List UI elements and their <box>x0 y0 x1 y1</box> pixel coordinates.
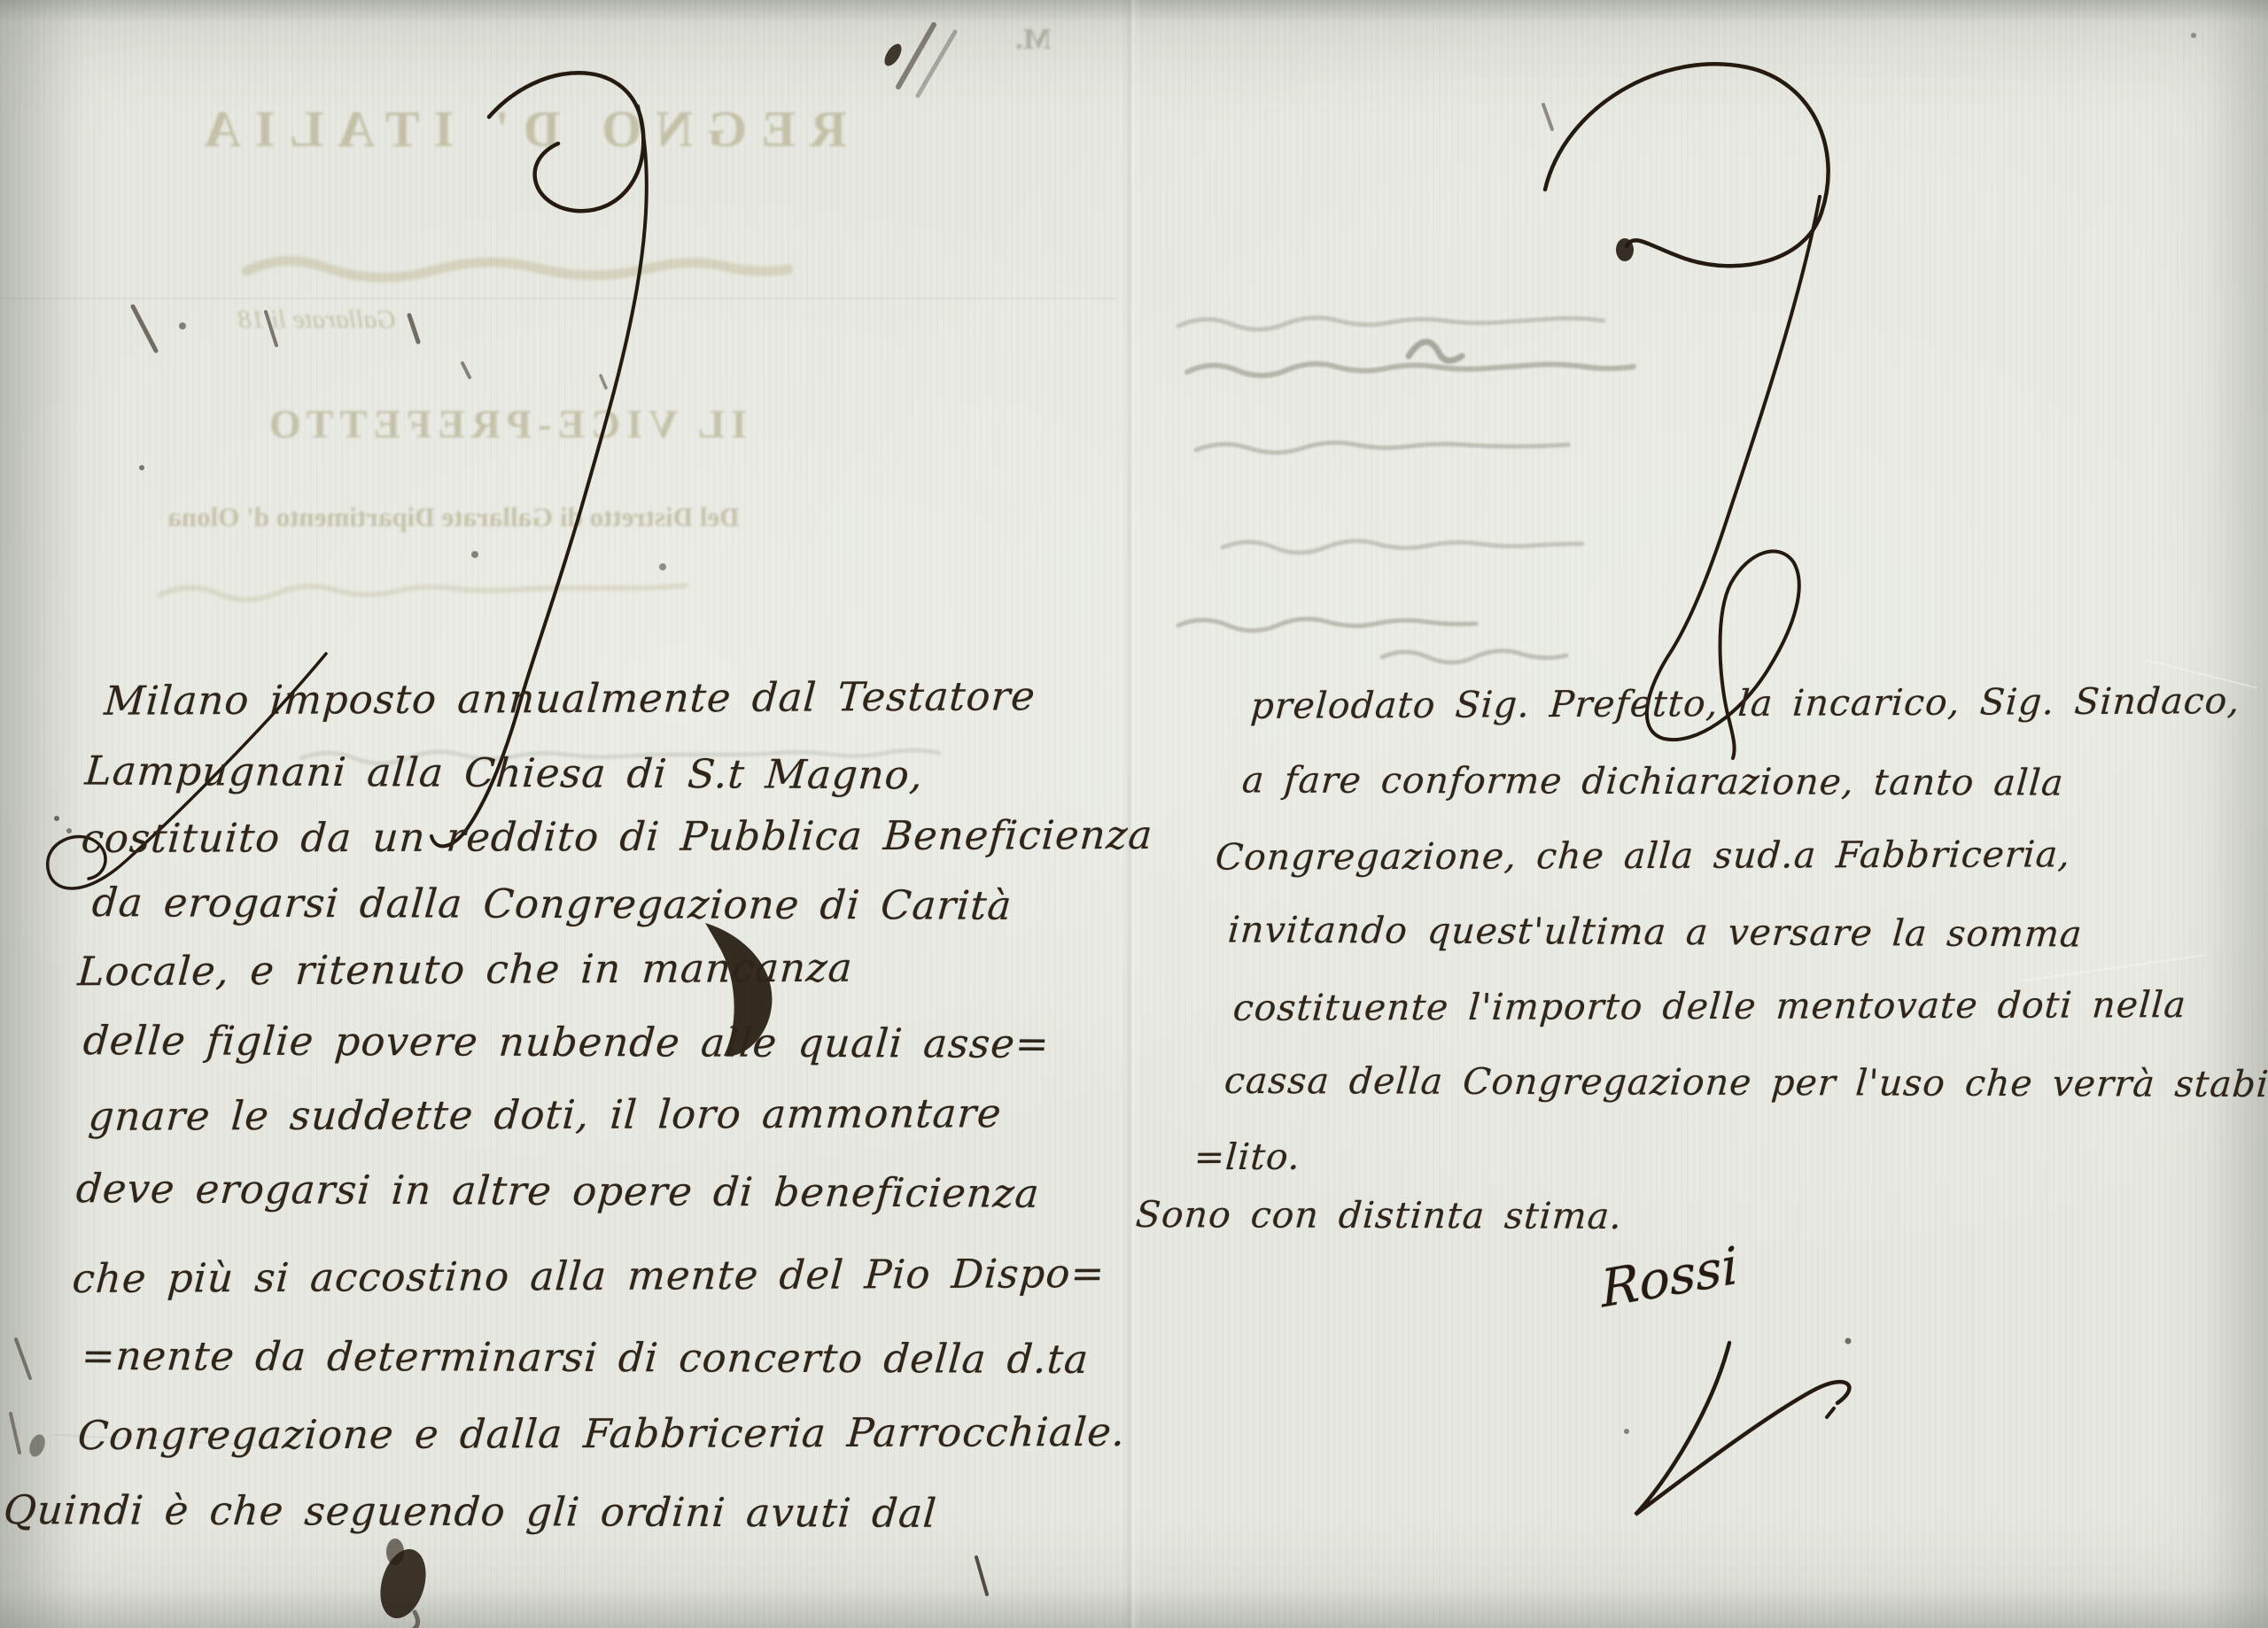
bleedthrough-letterhead-dateline: Gallarate li 18 <box>74 305 560 335</box>
manuscript-letter-photo: REGNO D' ITALIA Gallarate li 18 IL VICE-… <box>0 0 2268 1628</box>
pen-tick <box>976 1557 987 1594</box>
manuscript-line: invitando quest'ultima a versare la somm… <box>1226 908 2084 955</box>
bleedthrough-handwriting-right <box>1178 318 1634 663</box>
manuscript-line: prelodato Sig. Prefetto, la incarico, Si… <box>1249 679 2241 727</box>
manuscript-line: costituito da un reddito di Pubblica Ben… <box>80 811 1154 862</box>
manuscript-line: costituente l'importo delle mentovate do… <box>1231 983 2187 1029</box>
closing-line: Sono con distinta stima. <box>1134 1193 1624 1237</box>
paper-crease <box>2021 954 2205 981</box>
manuscript-line: =nente da determinarsi di concerto della… <box>80 1332 1091 1383</box>
manuscript-line: Locale, e ritenuto che in mancanza <box>76 944 854 996</box>
signature: Rossi <box>1599 1235 1740 1319</box>
manuscript-line: deve erogarsi in altre opere di benefici… <box>74 1165 1041 1217</box>
bleedthrough-number-label: M. <box>1015 23 1052 57</box>
manuscript-line: a fare conforme dichiarazione, tanto all… <box>1240 758 2065 803</box>
manuscript-line: Milano imposto annualmente dal Testatore <box>103 672 1037 725</box>
margin-marks <box>11 33 2196 1459</box>
bleedthrough-letterhead-kingdom: REGNO D' ITALIA <box>115 99 921 159</box>
bleedthrough-letterhead-office: IL VICE-PREFETTO <box>204 400 806 447</box>
manuscript-line: cassa della Congregazione per l'uso che … <box>1223 1059 2268 1105</box>
manuscript-line: delle figlie povere nubende alle quali a… <box>82 1017 1051 1067</box>
manuscript-line: Lampugnani alla Chiesa di S.t Magno, <box>83 748 925 799</box>
ink-blot <box>373 1539 433 1628</box>
bleedthrough-wavy-rule <box>246 261 788 278</box>
manuscript-line: gnare le suddette doti, il loro ammontar… <box>87 1089 1003 1140</box>
paper-crease <box>0 298 1116 299</box>
manuscript-line: Congregazione, che alla sud.a Fabbriceri… <box>1214 833 2072 878</box>
manuscript-line: da erogarsi dalla Congregazione di Carit… <box>90 879 1014 929</box>
calligraphic-flourish-right <box>1545 64 1829 266</box>
manuscript-line: che più si accostino alla mente del Pio … <box>71 1250 1107 1302</box>
signature-flourish <box>1635 1343 1849 1515</box>
ink-blob <box>1616 238 1634 261</box>
manuscript-line: Quindi è che seguendo gli ordini avuti d… <box>2 1486 938 1537</box>
bleedthrough-letterhead-district: Del Distretto di Gallarate Dipartimento … <box>99 501 808 533</box>
calligraphic-flourish-right-stem <box>1647 197 1820 758</box>
manuscript-line: =lito. <box>1192 1136 1301 1178</box>
calligraphic-flourish-left-stem <box>431 106 647 846</box>
manuscript-line: Congregazione e dalla Fabbriceria Parroc… <box>76 1408 1127 1459</box>
pen-slash-marks <box>882 25 1552 129</box>
